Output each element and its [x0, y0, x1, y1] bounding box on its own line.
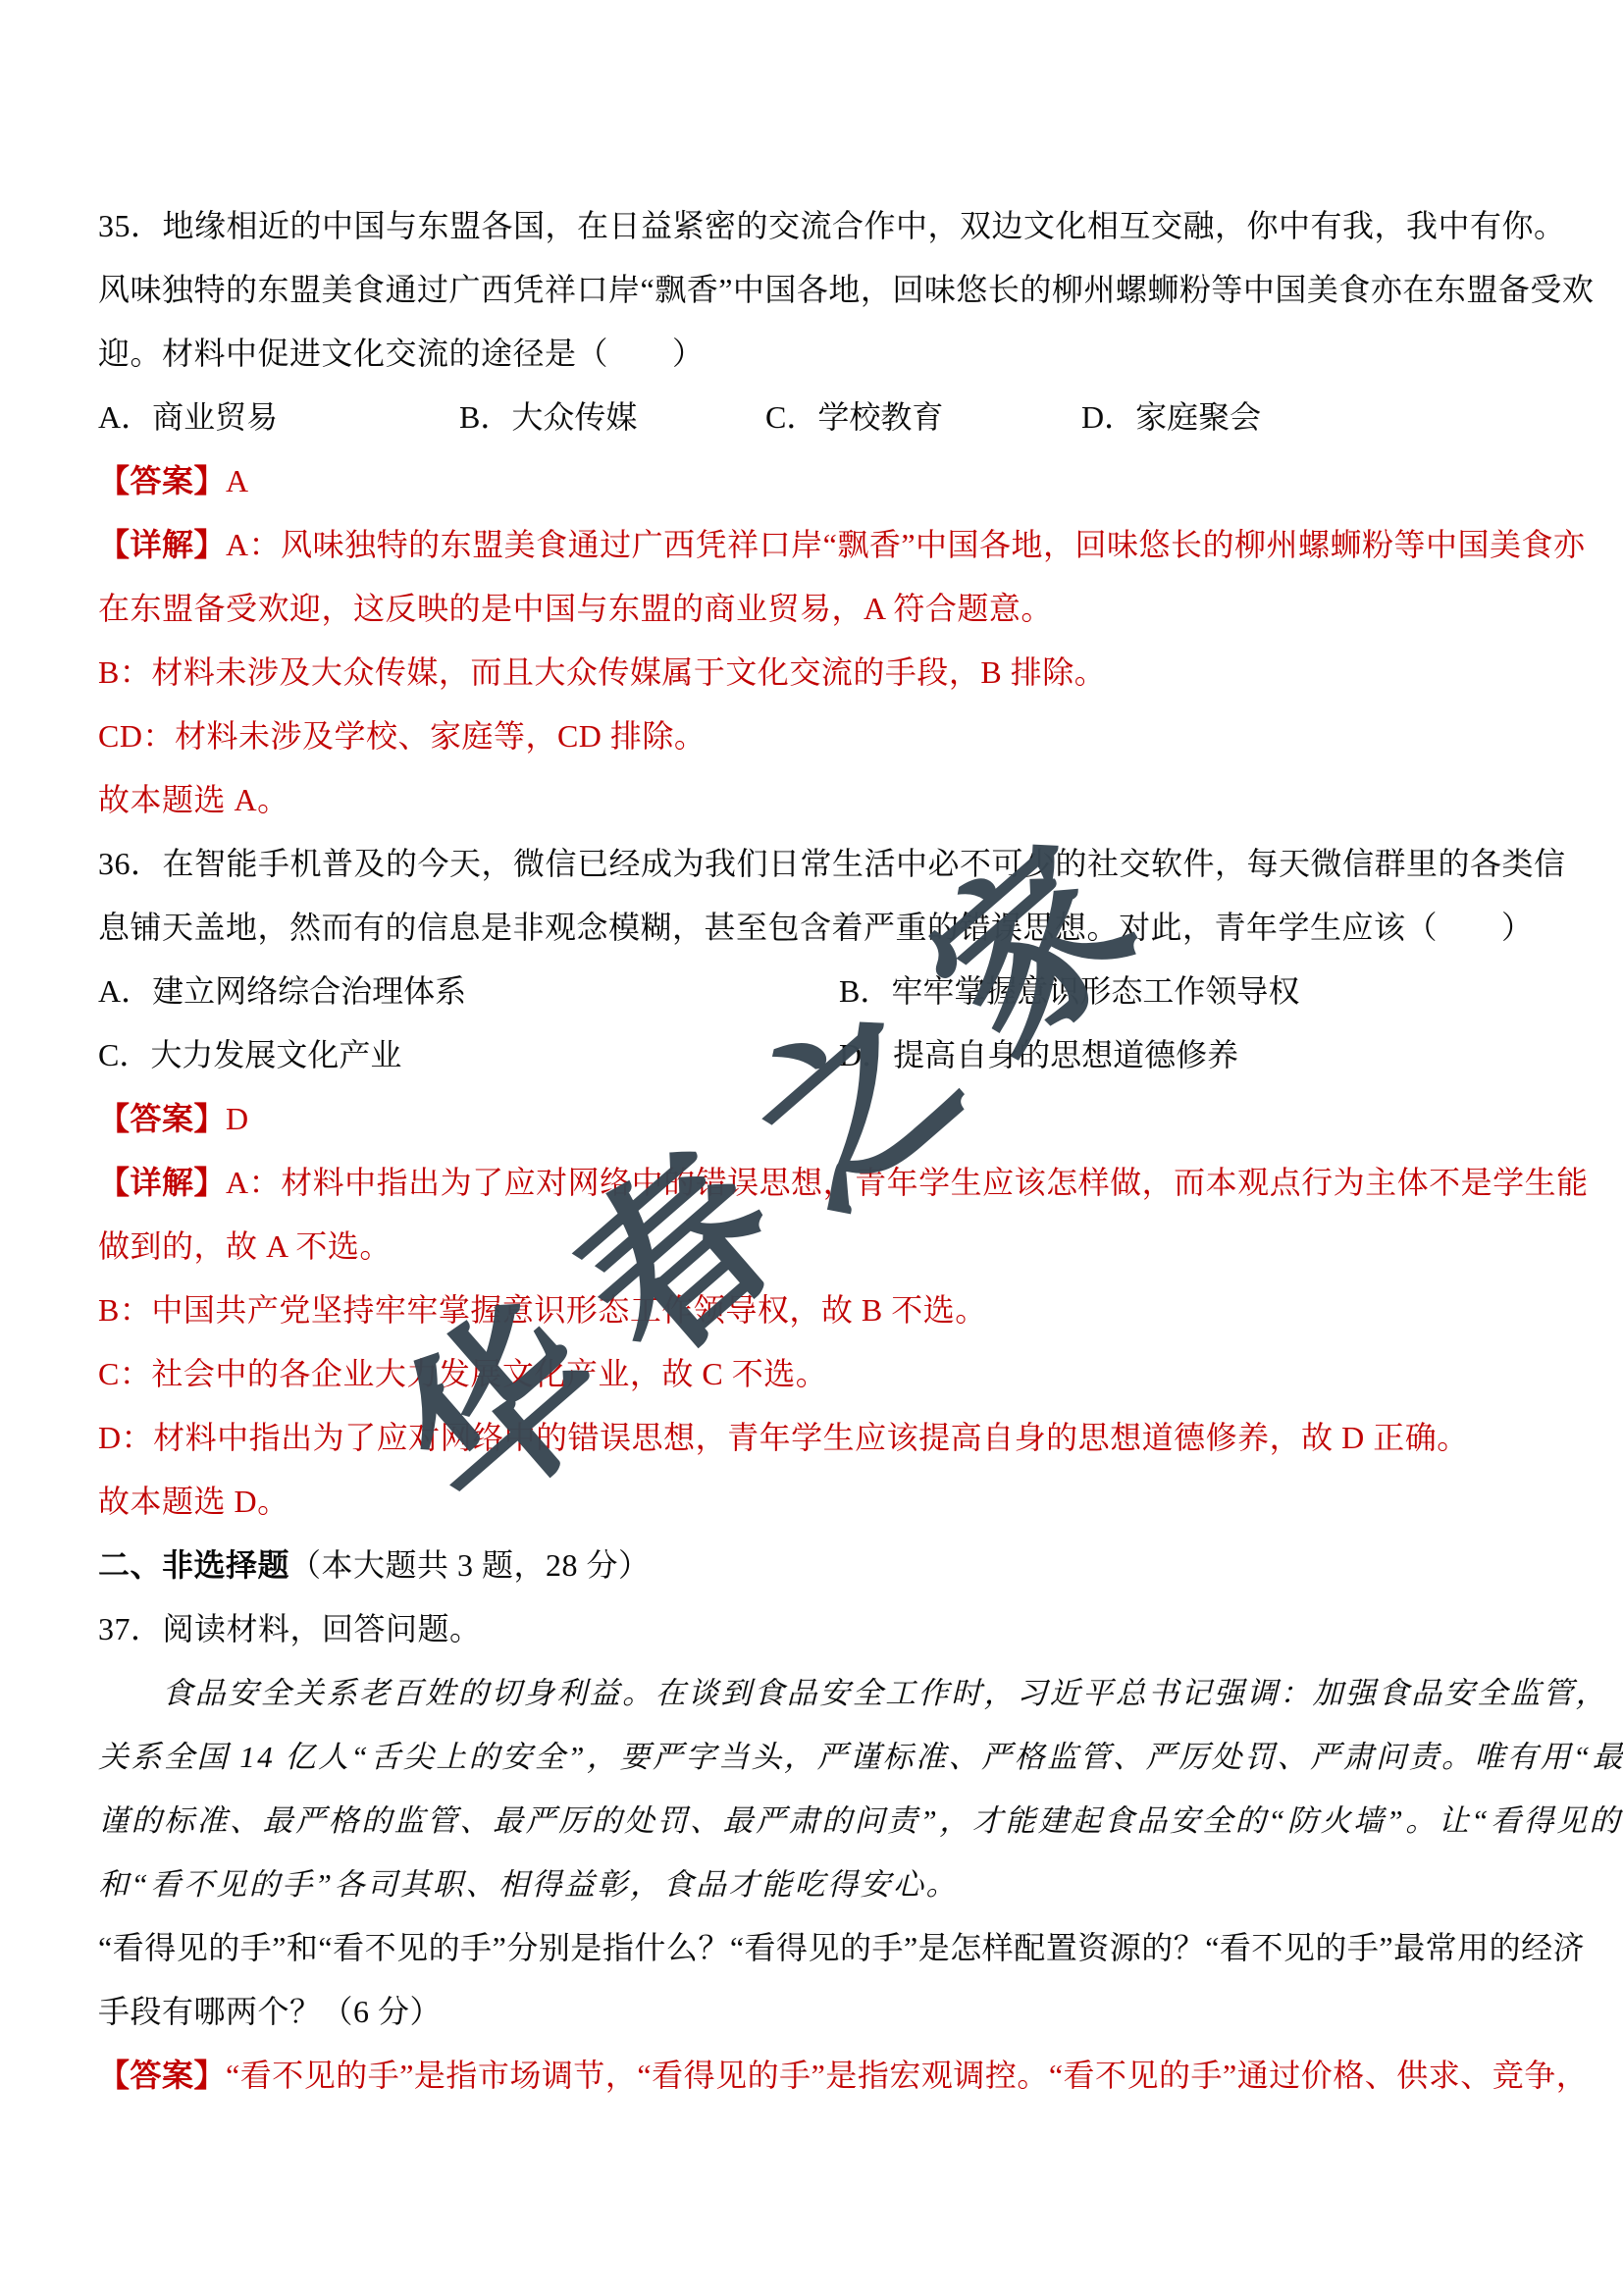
text-line: B：中国共产党坚持牢牢掌握意识形态工作领导权，故 B 不选。 — [98, 1278, 1531, 1342]
q36-detail-first-line: 【详解】A：材料中指出为了应对网络中的错误思想，青年学生应该怎样做，而本观点行为… — [98, 1151, 1531, 1215]
q36-answer-line: 【答案】D — [98, 1087, 1531, 1151]
q35-detail-lines: 在东盟备受欢迎，这反映的是中国与东盟的商业贸易，A 符合题意。B：材料未涉及大众… — [98, 577, 1531, 832]
text-line: 手段有哪两个？（6 分） — [98, 1980, 1531, 2044]
exam-document-page: 35．地缘相近的中国与东盟各国，在日益紧密的交流合作中，双边文化相互交融，你中有… — [0, 0, 1623, 2296]
answer-label: 【答案】 — [98, 1101, 226, 1136]
text-line: 谨的标准、最严格的监管、最严厉的处罚、最严肃的问责”，才能建起食品安全的“防火墙… — [98, 1789, 1531, 1852]
q37-answer-line: 【答案】“看不见的手”是指市场调节，“看得见的手”是指宏观调控。“看不见的手”通… — [98, 2044, 1531, 2108]
q36-answer-value: D — [226, 1101, 249, 1136]
text-line: 在东盟备受欢迎，这反映的是中国与东盟的商业贸易，A 符合题意。 — [98, 577, 1531, 641]
q35-option-c: C．学校教育 — [765, 386, 1081, 449]
text-line: 食品安全关系老百姓的切身利益。在谈到食品安全工作时，习近平总书记强调：加强食品安… — [98, 1661, 1531, 1725]
text-line: 故本题选 A。 — [98, 768, 1531, 832]
q36-options: A．建立网络综合治理体系 B．牢牢掌握意识形态工作领导权 C．大力发展文化产业 … — [98, 960, 1531, 1087]
text-line: D：材料中指出为了应对网络中的错误思想，青年学生应该提高自身的思想道德修养，故 … — [98, 1406, 1531, 1470]
text-line: C：社会中的各企业大力发展文化产业，故 C 不选。 — [98, 1342, 1531, 1406]
q35-options: A．商业贸易 B．大众传媒 C．学校教育 D．家庭聚会 — [98, 386, 1531, 449]
answer-label: 【答案】 — [98, 463, 226, 498]
q37-stem: 37．阅读材料，回答问题。 — [98, 1597, 1531, 1661]
text-line: “看得见的手”和“看不见的手”分别是指什么？“看得见的手”是怎样配置资源的？“看… — [98, 1916, 1531, 1980]
q35-option-a: A．商业贸易 — [98, 386, 459, 449]
text-line: 关系全国 14 亿人“舌尖上的安全”，要严字当头，严谨标准、严格监管、严厉处罚、… — [98, 1725, 1531, 1789]
detail-label: 【详解】 — [98, 527, 226, 562]
q35-option-b: B．大众传媒 — [459, 386, 765, 449]
text-line: 迎。材料中促进文化交流的途径是（ ） — [98, 322, 1531, 386]
text-line: 息铺天盖地，然而有的信息是非观念模糊，甚至包含着严重的错误思想。对此，青年学生应… — [98, 896, 1531, 960]
q36-detail-first-text: A：材料中指出为了应对网络中的错误思想，青年学生应该怎样做，而本观点行为主体不是… — [226, 1165, 1589, 1200]
q35-answer-value: A — [226, 463, 249, 498]
text-line: CD：材料未涉及学校、家庭等，CD 排除。 — [98, 704, 1531, 768]
text-line: 做到的，故 A 不选。 — [98, 1215, 1531, 1278]
text-line: 风味独特的东盟美食通过广西凭祥口岸“飘香”中国各地，回味悠长的柳州螺蛳粉等中国美… — [98, 258, 1531, 322]
section2-meta: （本大题共 3 题，28 分） — [289, 1547, 651, 1583]
q35-stem: 35．地缘相近的中国与东盟各国，在日益紧密的交流合作中，双边文化相互交融，你中有… — [98, 194, 1531, 386]
q36-stem: 36．在智能手机普及的今天，微信已经成为我们日常生活中必不可少的社交软件，每天微… — [98, 832, 1531, 960]
document-content: 35．地缘相近的中国与东盟各国，在日益紧密的交流合作中，双边文化相互交融，你中有… — [98, 194, 1531, 2108]
q35-answer-line: 【答案】A — [98, 449, 1531, 513]
q35-detail-first-text: A：风味独特的东盟美食通过广西凭祥口岸“飘香”中国各地，回味悠长的柳州螺蛳粉等中… — [226, 527, 1586, 562]
q37-material: 食品安全关系老百姓的切身利益。在谈到食品安全工作时，习近平总书记强调：加强食品安… — [98, 1661, 1531, 1916]
answer-label: 【答案】 — [98, 2058, 226, 2093]
q36-option-a: A．建立网络综合治理体系 — [98, 960, 839, 1023]
q36-detail-lines: 做到的，故 A 不选。B：中国共产党坚持牢牢掌握意识形态工作领导权，故 B 不选… — [98, 1215, 1531, 1534]
q37-answer-text: “看不见的手”是指市场调节，“看得见的手”是指宏观调控。“看不见的手”通过价格、… — [226, 2058, 1588, 2093]
q36-option-d: D．提高自身的思想道德修养 — [839, 1023, 1531, 1087]
section2-title: 二、非选择题 — [98, 1547, 289, 1583]
text-line: B：材料未涉及大众传媒，而且大众传媒属于文化交流的手段，B 排除。 — [98, 641, 1531, 704]
text-line: 36．在智能手机普及的今天，微信已经成为我们日常生活中必不可少的社交软件，每天微… — [98, 832, 1531, 896]
section2-heading: 二、非选择题（本大题共 3 题，28 分） — [98, 1534, 1531, 1597]
q37-question: “看得见的手”和“看不见的手”分别是指什么？“看得见的手”是怎样配置资源的？“看… — [98, 1916, 1531, 2044]
text-line: 35．地缘相近的中国与东盟各国，在日益紧密的交流合作中，双边文化相互交融，你中有… — [98, 194, 1531, 258]
q35-detail-first-line: 【详解】A：风味独特的东盟美食通过广西凭祥口岸“飘香”中国各地，回味悠长的柳州螺… — [98, 513, 1531, 577]
detail-label: 【详解】 — [98, 1165, 226, 1200]
q35-option-d: D．家庭聚会 — [1081, 386, 1531, 449]
q36-option-c: C．大力发展文化产业 — [98, 1023, 839, 1087]
q36-option-b: B．牢牢掌握意识形态工作领导权 — [839, 960, 1531, 1023]
text-line: 和“看不见的手”各司其职、相得益彰，食品才能吃得安心。 — [98, 1852, 1531, 1916]
text-line: 故本题选 D。 — [98, 1470, 1531, 1534]
